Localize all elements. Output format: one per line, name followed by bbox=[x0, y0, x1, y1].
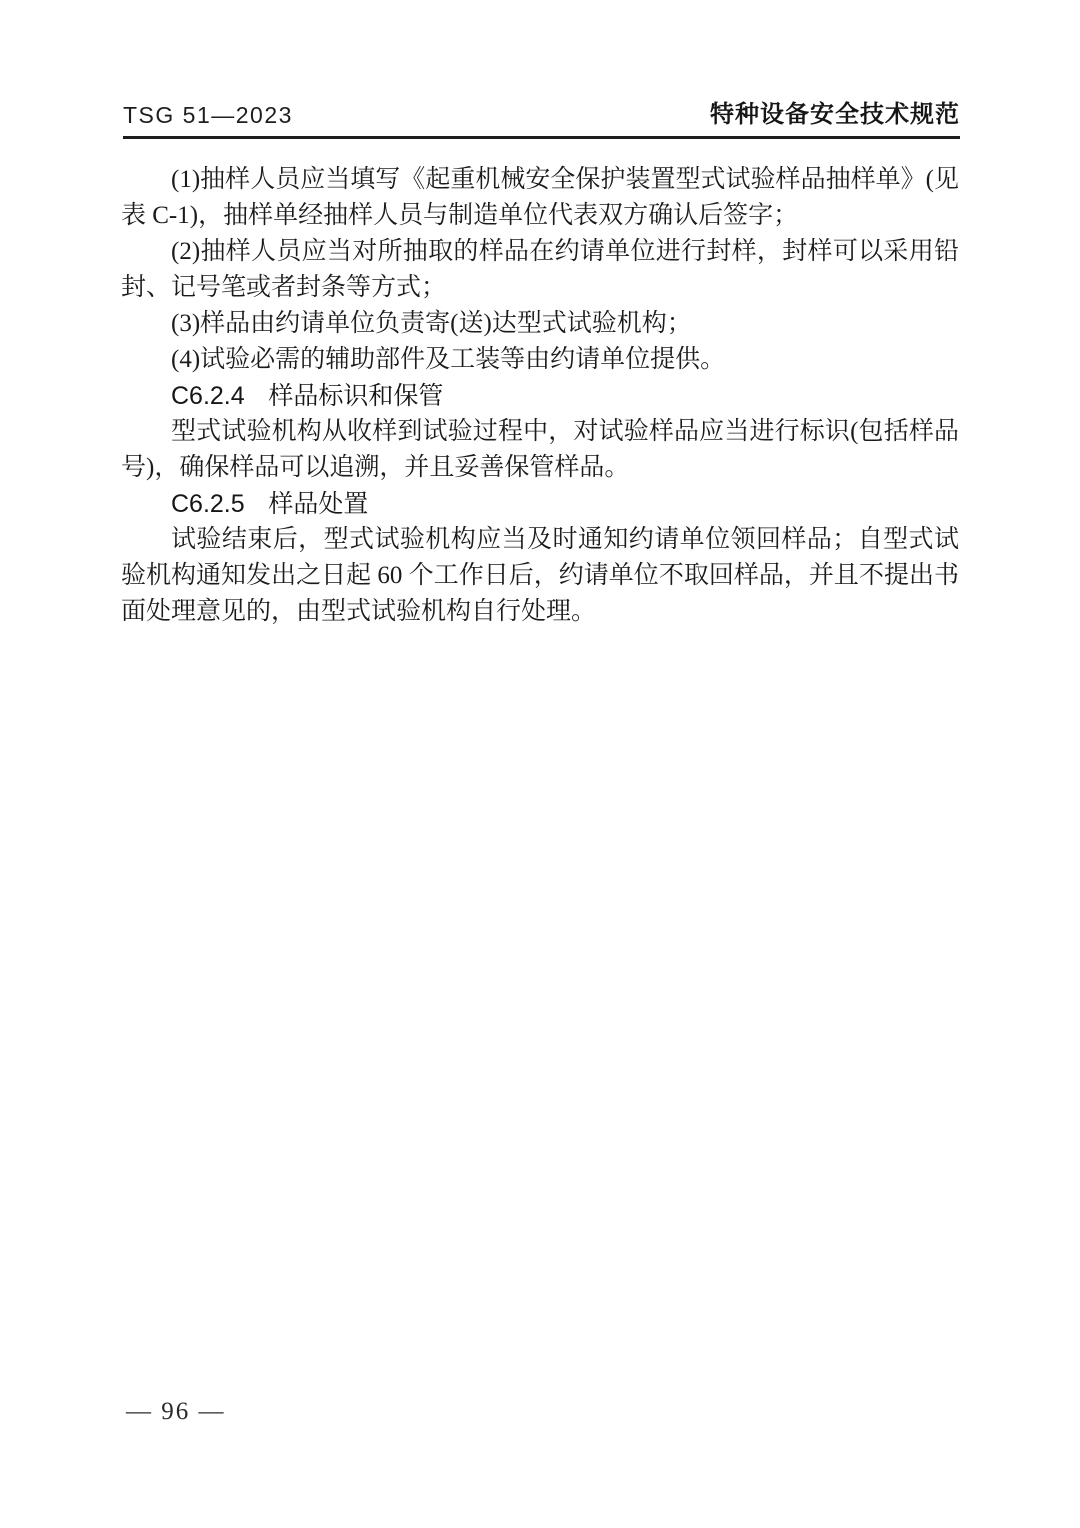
section-number: C6.2.5 bbox=[171, 490, 245, 518]
page-header: TSG 51—2023 特种设备安全技术规范 bbox=[123, 94, 960, 139]
body-paragraph: (2)抽样人员应当对所抽取的样品在约请单位进行封样，封样可以采用铅封、记号笔或者… bbox=[121, 234, 959, 306]
section-title: 样品处置 bbox=[268, 490, 368, 518]
document-body: (1)抽样人员应当填写《起重机械安全保护装置型式试验样品抽样单》(见表 C-1)… bbox=[121, 162, 959, 630]
body-paragraph: (4)试验必需的辅助部件及工装等由约请单位提供。 bbox=[121, 342, 959, 378]
body-paragraph: 试验结束后，型式试验机构应当及时通知约请单位领回样品；自型式试验机构通知发出之日… bbox=[121, 522, 959, 630]
body-paragraph: (3)样品由约请单位负责寄(送)达型式试验机构； bbox=[121, 306, 959, 342]
page-number: — 96 — bbox=[126, 1398, 226, 1425]
section-heading: C6.2.4样品标识和保管 bbox=[121, 378, 959, 414]
body-paragraph: 型式试验机构从收样到试验过程中，对试验样品应当进行标识(包括样品号)，确保样品可… bbox=[121, 414, 959, 486]
header-document-code: TSG 51—2023 bbox=[123, 102, 293, 129]
page-footer: — 96 — bbox=[126, 1398, 226, 1426]
body-paragraph: (1)抽样人员应当填写《起重机械安全保护装置型式试验样品抽样单》(见表 C-1)… bbox=[121, 162, 959, 234]
section-title: 样品标识和保管 bbox=[268, 382, 443, 410]
section-number: C6.2.4 bbox=[171, 382, 245, 410]
section-heading: C6.2.5样品处置 bbox=[121, 486, 959, 522]
header-document-title: 特种设备安全技术规范 bbox=[710, 94, 960, 129]
